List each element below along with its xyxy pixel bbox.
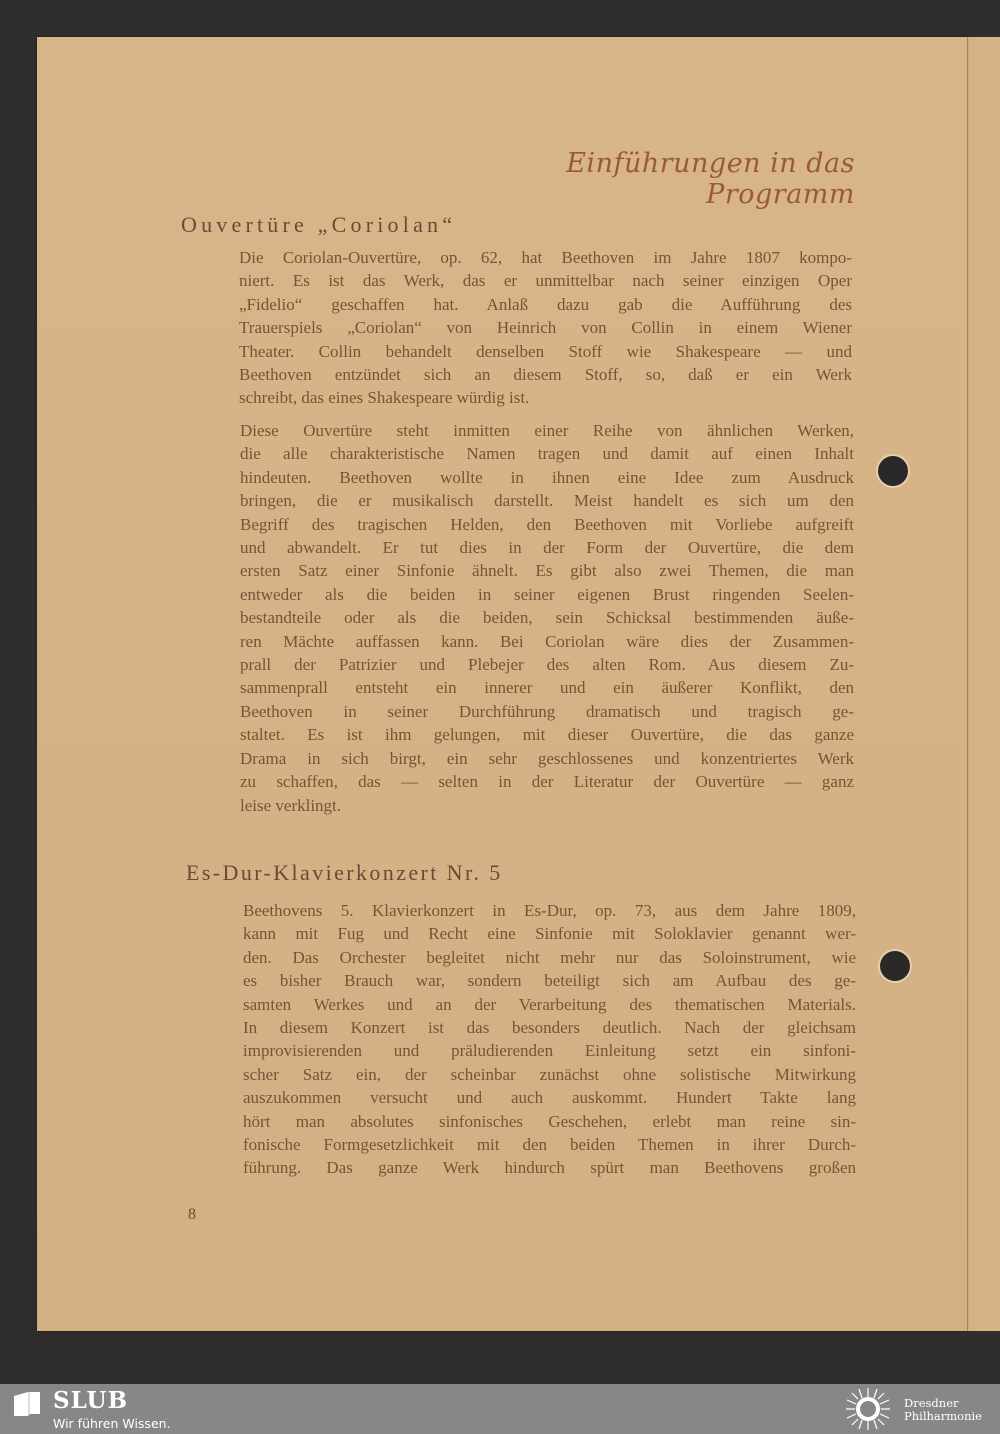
page-header: Einführungen in das Programm (450, 148, 855, 210)
text-line: die alle charakteristische Namen tragen … (240, 442, 854, 465)
text-line: ren Mächte auffassen kann. Bei Coriolan … (240, 630, 854, 653)
text-line: sammenprall entsteht ein innerer und ein… (240, 676, 854, 699)
paragraph-klavierkonzert-1: Beethovens 5. Klavierkonzert in Es-Dur, … (243, 899, 856, 1180)
text-line: Beethoven entzündet sich an diesem Stoff… (239, 363, 852, 386)
text-line: In diesem Konzert ist das besonders deut… (243, 1016, 856, 1039)
text-line: scher Satz ein, der scheinbar zunächst o… (243, 1063, 856, 1086)
text-line: kann mit Fug und Recht eine Sinfonie mit… (243, 922, 856, 945)
text-line: Trauerspiels „Coriolan“ von Heinrich von… (239, 316, 852, 339)
slub-tagline: Wir führen Wissen. (53, 1416, 171, 1431)
slub-logo-name: SLUB (53, 1387, 128, 1414)
text-line: schreibt, das eines Shakespeare würdig i… (239, 386, 852, 409)
book-pages-icon (12, 1390, 42, 1418)
text-line: und abwandelt. Er tut dies in der Form d… (240, 536, 854, 559)
text-line: den. Das Orchester begleitet nicht mehr … (243, 946, 856, 969)
text-line: führung. Das ganze Werk hindurch spürt m… (243, 1156, 856, 1179)
dresdner-philharmonie-logo-text: Dresdner Philharmonie (904, 1397, 982, 1423)
text-line: Die Coriolan-Ouvertüre, op. 62, hat Beet… (239, 246, 852, 269)
text-line: „Fidelio“ geschaffen hat. Anlaß dazu gab… (239, 293, 852, 316)
text-line: Drama in sich birgt, ein sehr geschlosse… (240, 747, 854, 770)
text-line: Beethoven in seiner Durchführung dramati… (240, 700, 854, 723)
section-title-coriolan: Ouvertüre „Coriolan“ (181, 212, 456, 238)
next-page-edge (967, 37, 1000, 1331)
text-line: staltet. Es ist ihm gelungen, mit dieser… (240, 723, 854, 746)
paragraph-coriolan-1: Die Coriolan-Ouvertüre, op. 62, hat Beet… (239, 246, 852, 410)
punch-hole (878, 456, 908, 486)
dp-name-line2: Philharmonie (904, 1410, 982, 1423)
text-line: Begriff des tragischen Helden, den Beeth… (240, 513, 854, 536)
text-line: Beethovens 5. Klavierkonzert in Es-Dur, … (243, 899, 856, 922)
text-line: es bisher Brauch war, sondern beteiligt … (243, 969, 856, 992)
punch-hole (880, 951, 910, 981)
text-line: hindeuten. Beethoven wollte in ihnen ein… (240, 466, 854, 489)
text-line: auszukommen versucht und auch auskommt. … (243, 1086, 856, 1109)
text-line: hört man absolutes sinfonisches Geschehe… (243, 1110, 856, 1133)
text-line: zu schaffen, das — selten in der Literat… (240, 770, 854, 793)
text-line: Diese Ouvertüre steht inmitten einer Rei… (240, 419, 854, 442)
section-title-klavierkonzert: Es-Dur-Klavierkonzert Nr. 5 (186, 860, 503, 886)
page-number: 8 (188, 1206, 196, 1224)
text-line: niert. Es ist das Werk, das er unmittelb… (239, 269, 852, 292)
text-line: bringen, die er musikalisch darstellt. M… (240, 489, 854, 512)
text-line: entweder als die beiden in seiner eigene… (240, 583, 854, 606)
text-line: bestandteile oder als die beiden, sein S… (240, 606, 854, 629)
sunburst-ring-icon (842, 1387, 894, 1431)
footer-bar: SLUB Wir führen Wissen. (0, 1384, 1000, 1434)
text-line: prall der Patrizier und Plebejer des alt… (240, 653, 854, 676)
text-line: samten Werkes und an der Verarbeitung de… (243, 993, 856, 1016)
text-line: leise verklingt. (240, 794, 854, 817)
text-line: improvisierenden und präludierenden Einl… (243, 1039, 856, 1062)
text-line: Theater. Collin behandelt denselben Stof… (239, 340, 852, 363)
text-line: fonische Formgesetzlichkeit mit den beid… (243, 1133, 856, 1156)
paragraph-coriolan-2: Diese Ouvertüre steht inmitten einer Rei… (240, 419, 854, 817)
text-line: ersten Satz einer Sinfonie ähnelt. Es gi… (240, 559, 854, 582)
